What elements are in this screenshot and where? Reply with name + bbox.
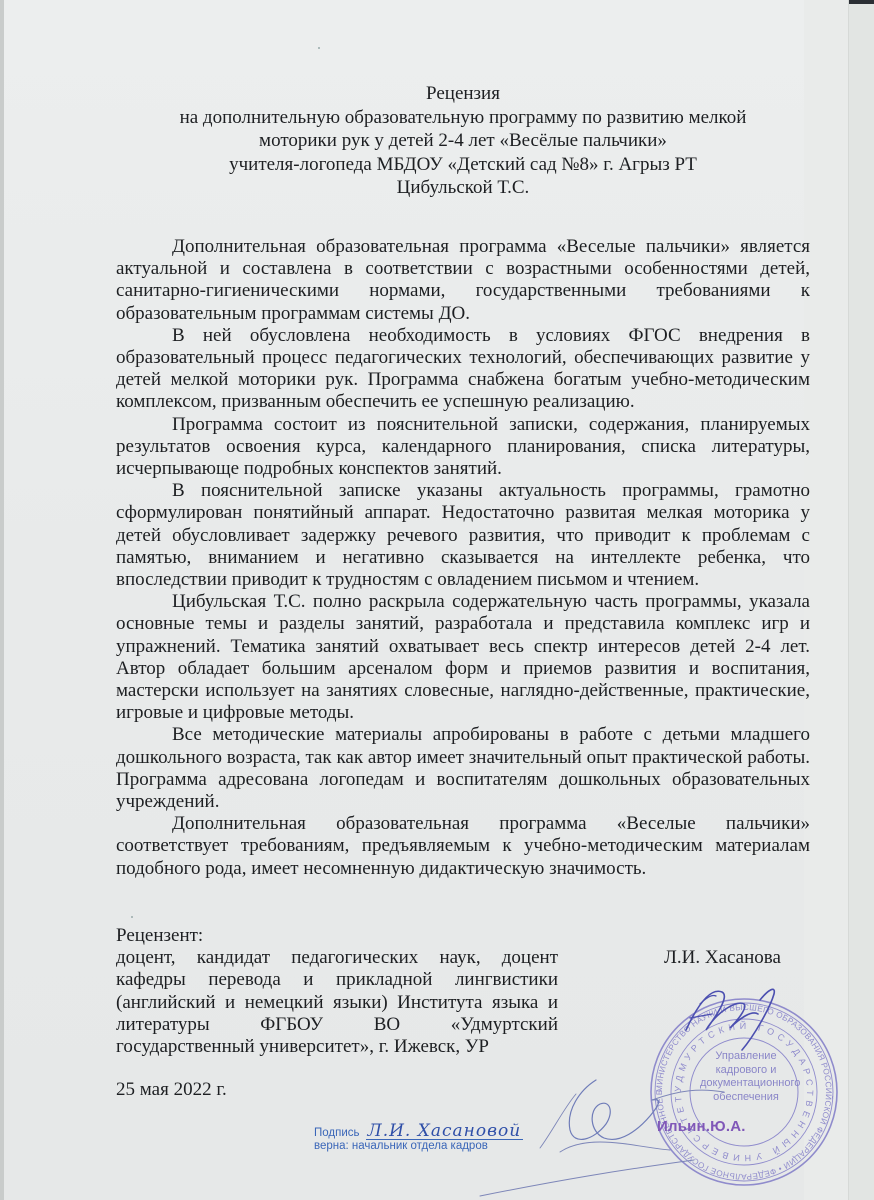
title-line-institution: учителя-логопеда МБДОУ «Детский сад №8» … [116, 153, 810, 177]
paragraph: Дополнительная образовательная программа… [116, 236, 810, 325]
paragraph: Цибульская Т.С. полно раскрыла содержате… [116, 591, 810, 724]
certification-line2: верна: начальник отдела кадров [314, 1140, 523, 1153]
reviewer-name: Л.И. Хасанова [664, 947, 781, 969]
title-heading: Рецензия [116, 82, 810, 106]
stamp-line: обеспечения [700, 1091, 792, 1105]
paragraph: В пояснительной записке указаны актуальн… [116, 480, 810, 591]
certification-prefix: Подпись [314, 1127, 360, 1139]
stamp-line: кадрового и [700, 1064, 792, 1078]
review-body: Дополнительная образовательная программа… [116, 236, 810, 880]
stamp-center-text: Управление кадрового и документационного… [700, 1050, 792, 1104]
scan-speck [318, 47, 320, 49]
handwritten-name: Л.И. Хасановой [366, 1123, 524, 1140]
scan-speck [131, 916, 133, 918]
stamp-line: Управление [700, 1050, 792, 1064]
document-date: 25 мая 2022 г. [116, 1079, 227, 1101]
stamp-person-name: Ильин.Ю.А. [657, 1118, 746, 1135]
stamp-line: документационного [700, 1077, 792, 1091]
title-line-program: моторики рук у детей 2-4 лет «Весёлые па… [116, 129, 810, 153]
reviewer-description: доцент, кандидат педагогических наук, до… [116, 947, 558, 1058]
scan-top-dark-corner [849, 0, 874, 4]
paragraph: Программа состоит из пояснительной запис… [116, 414, 810, 481]
title-line-author: Цибульской Т.С. [116, 176, 810, 200]
scan-right-edge [848, 0, 874, 1200]
reviewer-label: Рецензент: [116, 925, 203, 947]
document-title-block: Рецензия на дополнительную образовательн… [116, 82, 810, 200]
paragraph: В ней обусловлена необходимость в услови… [116, 325, 810, 414]
paragraph: Дополнительная образовательная программа… [116, 813, 810, 880]
title-line-subject: на дополнительную образовательную програ… [116, 106, 810, 130]
signature-certification: ПодписьЛ.И. Хасановой верна: начальник о… [314, 1123, 523, 1153]
paragraph: Все методические материалы апробированы … [116, 724, 810, 813]
